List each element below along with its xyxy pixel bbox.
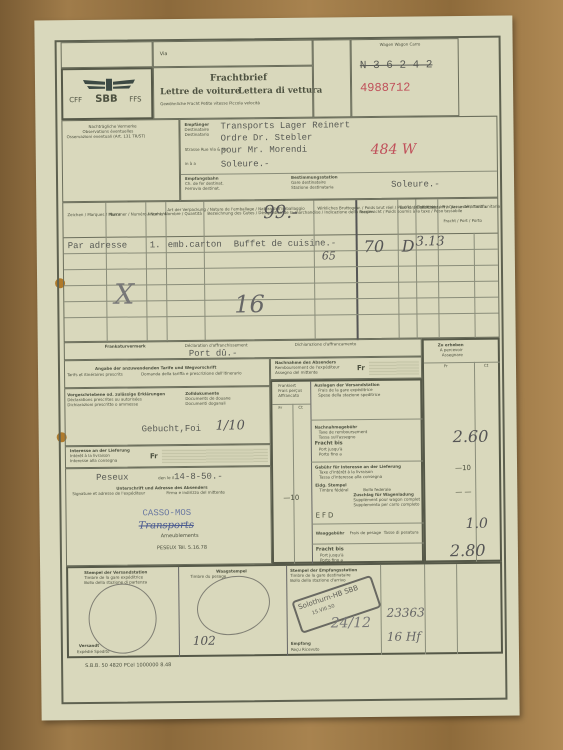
row-packaging: emb.carton <box>168 240 222 251</box>
destination-station: Soleure.- <box>391 179 440 190</box>
station-label-it: Ferrovia destinat. <box>185 187 220 192</box>
goods-table: Zeichen / Marques / Marca Nummer / Numér… <box>62 198 499 343</box>
to-collect-column: Zu erheben A percevoir Assegnare Fr Ct 2… <box>422 338 502 563</box>
freight-document: Via CFF SBB FFS Frachtbrief Lettre de vo… <box>34 16 519 721</box>
received-sub-label: Reçu Ricevuto <box>291 648 320 653</box>
recipient-line-2: Ordre Dr. Stebler <box>221 133 313 144</box>
weigh-handwritten: 102 <box>193 635 216 649</box>
franking-label: Frankaturvermerk <box>105 344 146 349</box>
typed-number: N 3 6 2 4 2 <box>360 59 433 72</box>
left-margin-text <box>41 80 47 640</box>
handwritten-99: 99.- <box>263 203 298 224</box>
row-weight: 65 <box>322 250 336 263</box>
declarations-label-it: Dichiarazioni prescritte o ammesse <box>67 402 138 407</box>
collect-total: 2.80 <box>450 542 486 561</box>
row-class: D <box>402 238 415 257</box>
declaration-handwritten: 1/10 <box>216 419 245 434</box>
logo-cff: CFF <box>69 96 82 104</box>
title-frachtbrief: Frachtbrief <box>210 73 267 84</box>
tariff-box: Angabe der anzuwendenden Tarife und Wegv… <box>64 358 270 388</box>
tariff-label-fr: Tarifs et itinéraires prescrits <box>67 373 123 378</box>
sender-stamp-line-1: CASSO-MOS <box>142 508 191 519</box>
charge-label-it: Supplemento per carro completo <box>353 503 419 508</box>
remarks-label-it: Osservazioni eventuali (Art. 131 TR/ST) <box>67 134 146 139</box>
collect-stamp-amount: —10 <box>455 464 471 472</box>
title-lettre-de-voiture: Lettre de voiture <box>160 87 240 98</box>
sent-sub-label: Expédié Spedito <box>77 650 110 655</box>
collect-weigh-amount: 1.0 <box>466 516 488 532</box>
title-box: Frachtbrief Lettre de voiture Lettera di… <box>153 66 314 120</box>
sender-date-label: den le il <box>158 476 174 481</box>
title-lettera-di-vettura: Lettera di vettura <box>238 87 322 98</box>
receiving-extra: 16 Hf <box>387 631 421 645</box>
row-mark: Par adresse <box>68 241 128 252</box>
fee-box <box>313 39 352 117</box>
recipient-box: Empfänger Destinataire Destinatario Tran… <box>179 116 498 201</box>
charge-label-it: Spese della stazione speditrice <box>318 393 380 398</box>
recipient-line-1: Transports Lager Reinert <box>220 120 350 132</box>
sender-label-fr: Signature et adresse de l'expéditeur <box>72 491 145 496</box>
place-label: in à a <box>185 162 196 167</box>
handwritten-x: X <box>114 278 134 310</box>
charges-box: Frankiert Frais perçus Affrancato Fr Ct … <box>270 378 424 564</box>
sender-label-it: Firma e indirizzo del mittente <box>166 491 225 496</box>
declarations-box: Vorgeschriebene od. zulässige Erklärunge… <box>64 386 271 446</box>
via-label: Via <box>160 52 168 58</box>
declaration-value: Gebucht,Foi <box>142 424 202 435</box>
delivery-interest-label-it: Interesse alla consegna <box>70 459 117 464</box>
winged-wheel-icon <box>81 75 137 92</box>
charge-label-efd: EFD <box>316 511 336 519</box>
franking-decl-it: Dichiarazione d'affrancamento <box>295 342 357 347</box>
receiving-number: 23363 <box>387 606 425 620</box>
charge-label: Waaggebühr <box>316 531 345 536</box>
to-collect-col-fr: Fr <box>444 364 448 369</box>
charge-label-it: Tasse di pesatura <box>384 531 419 536</box>
destination-label-it: Stazione destinataria <box>291 185 334 190</box>
collect-efd-amount: — — <box>455 488 471 496</box>
col-header-freight: Fracht / Port / Porto <box>443 219 482 224</box>
sender-stamp-line-2: Transports <box>139 520 194 532</box>
charge-label-it: Tassa d'interesse alla consegna <box>319 475 382 480</box>
to-collect-col-ct: Ct <box>484 364 488 369</box>
prepaid-col-ct: Ct <box>298 406 302 411</box>
sbb-logo-box: CFF SBB FFS <box>61 67 154 120</box>
handwritten-484: 484 W <box>371 142 417 159</box>
wagon-header: Wagen Wagon Carro <box>380 42 421 47</box>
prepaid-stamp-amount: —10 <box>283 494 299 502</box>
sender-place: Peseux <box>96 473 129 484</box>
receiving-stamp-label-it: Bollo della stazione d'arrivo <box>290 578 345 583</box>
sender-date: 14-8-50.- <box>174 472 223 483</box>
row-description: Buffet de cuisine.- <box>234 238 337 249</box>
subtitle: Gewöhnliche Fracht Petite vitesse Piccol… <box>160 101 260 107</box>
remarks-box: Nachträgliche Vermerke Observations éven… <box>61 119 180 202</box>
via-box: Via <box>153 40 313 68</box>
charge-label-fr: Timbre fédéral <box>319 488 348 493</box>
charge-label-fr: Frais de pesage <box>350 531 381 536</box>
stamps-row: Stempel der Versandstation Timbre de la … <box>66 562 503 659</box>
to-collect-label-it: Assegnare <box>442 353 463 358</box>
print-footer: S.B.B. 50 4820 PCel 1000000 8.48 <box>85 663 171 670</box>
collect-fracht-amount: 2.60 <box>453 428 489 447</box>
handwritten-16: 16 <box>234 291 265 319</box>
delivery-interest-currency: Fr <box>150 452 158 460</box>
delivery-interest-box: Interesse an der Lieferung Intérêt à la … <box>65 444 271 468</box>
cod-currency: Fr <box>357 364 365 372</box>
red-stamped-number: 4988712 <box>360 82 411 96</box>
logo-ffs: FFS <box>129 95 141 103</box>
sender-stamp-line-4: PESEUX Tél. 5.16.78 <box>157 546 207 552</box>
customs-label-it: Documenti doganali <box>185 402 225 407</box>
wagon-number-box: Wagen Wagon Carro N 3 6 2 4 2 4988712 <box>351 38 460 117</box>
row-rate: 3.13 <box>416 235 445 250</box>
recipient-place: Soleure.- <box>221 159 270 170</box>
recipient-line-3: pour Mr. Morendi <box>221 145 308 156</box>
cash-on-delivery-box: Nachnahme des Absenders Remboursement de… <box>270 356 422 380</box>
col-header-rate: Frachtsatz / Prix par unité / Tassa unit… <box>417 205 500 210</box>
cod-label-it: Assegno del mittente <box>275 371 318 376</box>
recipient-label-it: Destinatario <box>185 133 210 138</box>
sender-stamp-line-3: Ameublements <box>161 534 199 540</box>
sender-box: Peseux den le il 14-8-50.- Unterschrift … <box>65 466 272 566</box>
row-count: 1. <box>150 240 161 250</box>
charge-label-it: Porto fino a <box>319 452 342 457</box>
logo-sbb: SBB <box>95 94 118 106</box>
row-tax-weight: 70 <box>364 238 385 257</box>
prepaid-label-it: Affrancato <box>278 394 299 399</box>
receiving-handwritten: 24/12 <box>331 615 372 632</box>
prepaid-col-fr: Fr <box>278 406 282 411</box>
header-small-notes <box>61 41 153 68</box>
tariff-label-it: Domanda della tariffa e prescrizione del… <box>141 371 242 377</box>
